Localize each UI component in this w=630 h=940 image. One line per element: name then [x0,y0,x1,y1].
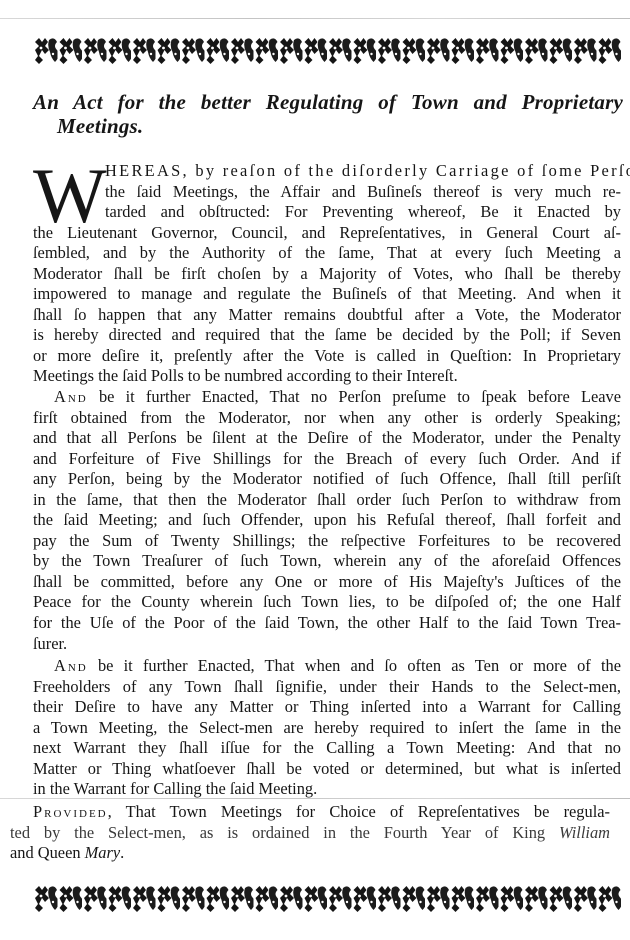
ornament-border-bottom [33,884,621,914]
text-line: Meetings the ſaid Polls to be numbred ac… [33,366,621,387]
fleuron-border-ornament-icon [33,36,621,66]
text-line: a Town Meeting, the Select-men are hereb… [33,718,621,739]
text-line: HEREAS, by reaſon of the diſorderly Carr… [33,161,621,182]
text-line: ſembled, and by the Authority of the ſam… [33,243,621,264]
paragraph-provided: Provided, That Town Meetings for Choice … [10,802,610,864]
text-line: Matter or Thing whatſoever ſhall be vote… [33,759,621,780]
text-line: in the ſame, that then the Moderator ſha… [33,490,621,511]
text-line: impowered to manage and regulate the Buſ… [33,284,621,305]
small-caps-lead: Provided [33,802,108,821]
text-line: ſhall ſo happen that any Matter remains … [33,305,621,326]
text-line: pay the Sum of Twenty Shillings; the reſ… [33,531,621,552]
scan-edge-middle [0,798,630,799]
small-caps-lead: And [54,656,88,675]
text-line: Moderator ſhall be firſt choſen by a Maj… [33,264,621,285]
paragraph-no-person-presume: And be it further Enacted, That no Perſo… [33,387,621,654]
text-line: is hereby directed and required that the… [33,325,621,346]
act-title-line-1: An Act for the better Regulating of Town… [33,90,623,114]
text-line: and Queen Mary. [10,843,610,864]
text-line: ſhall be committed, before any One or mo… [33,572,621,593]
drop-cap-letter: W [33,165,107,227]
text-line: Provided, That Town Meetings for Choice … [10,802,610,823]
text-line: their Deſire to have any Matter or Thing… [33,697,621,718]
text-line: by the Town Treaſurer of ſuch Town, wher… [33,551,621,572]
ornament-border-top [33,36,621,66]
act-body: W HEREAS, by reaſon of the diſorderly Ca… [33,161,621,800]
act-title-line-2: Meetings. [33,114,623,138]
text-line: firſt obtained from the Moderator, nor w… [33,408,621,429]
text-line: And be it further Enacted, That when and… [33,656,621,677]
small-caps-lead: And [54,387,88,406]
scan-edge-top [0,18,630,19]
fleuron-border-ornament-icon [33,884,621,914]
text-line: and Forfeiture of Five Shillings for the… [33,449,621,470]
paragraph-freeholders-warrant: And be it further Enacted, That when and… [33,656,621,800]
text-line: and that all Perſons be ſilent at the De… [33,428,621,449]
act-title: An Act for the better Regulating of Town… [33,90,623,138]
text-line: the Lieutenant Governor, Council, and Re… [33,223,621,244]
text-line: Peace for the County wherein ſuch Town l… [33,592,621,613]
italic-name-mary: Mary [85,843,121,862]
text-line: the ſaid Meeting; and ſuch Offender, upo… [33,510,621,531]
text-line: next Warrant they ſhall iſſue for the Ca… [33,738,621,759]
paragraph-whereas: W HEREAS, by reaſon of the diſorderly Ca… [33,161,621,387]
text-line: for the Uſe of the Poor of the ſaid Town… [33,613,621,634]
text-line: tarded and obſtructed: For Preventing wh… [33,202,621,223]
text-line: the ſaid Meetings, the Affair and Buſine… [33,182,621,203]
text-line: ted by the Select-men, as is ordained in… [10,823,610,844]
text-line: And be it further Enacted, That no Perſo… [33,387,621,408]
text-line: any Perſon, being by the Moderator notif… [33,469,621,490]
text-line: in the Warrant for Calling the ſaid Meet… [33,779,621,800]
italic-name-william: William [559,823,610,842]
text-line: Freeholders of any Town ſhall ſignifie, … [33,677,621,698]
text-line: or more deſire it, preſently after the V… [33,346,621,367]
text-line: ſurer. [33,634,621,655]
